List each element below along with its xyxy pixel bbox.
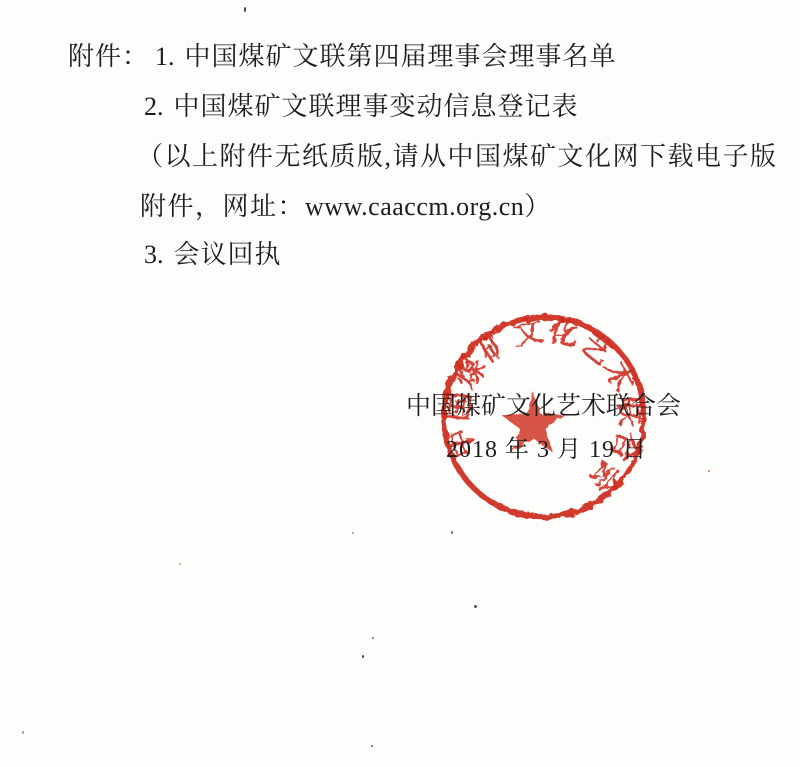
signature-date: 2018 年 3 月 19 日: [446, 429, 647, 464]
attachment-note-line-2-prefix: 附件，网址：: [140, 192, 305, 221]
attachment-item-1-number: 1.: [155, 41, 175, 73]
attachment-line-3: 3.会议回执: [144, 239, 282, 271]
attachment-note-line-2: 附件，网址：www.caaccm.org.cn）: [140, 191, 552, 223]
scan-speck: [179, 563, 181, 565]
scan-speck: [708, 470, 710, 472]
attachment-line-2: 2.中国煤矿文联理事变动信息登记表: [144, 91, 579, 123]
attachment-note-line-1: （以上附件无纸质版,请从中国煤矿文化网下载电子版: [137, 141, 778, 173]
attachment-label: 附件：: [68, 42, 149, 71]
scanned-document-page: 附件：1.中国煤矿文联第四届理事会理事名单 2.中国煤矿文联理事变动信息登记表 …: [0, 0, 800, 767]
scan-speck: [362, 655, 364, 658]
attachment-item-2-number: 2.: [144, 91, 164, 123]
scan-speck: [474, 605, 477, 608]
attachment-line-1: 附件：1.中国煤矿文联第四届理事会理事名单: [68, 41, 617, 73]
attachment-note-line-2-suffix: ）: [524, 192, 552, 221]
scan-speck: [451, 531, 453, 534]
scan-speck: [371, 745, 373, 747]
scan-speck: [372, 637, 374, 639]
signature-org: 中国煤矿文化艺术联合会: [406, 386, 681, 422]
attachment-url: www.caaccm.org.cn: [305, 192, 524, 221]
scan-speck: [22, 731, 24, 734]
attachment-item-2-text: 中国煤矿文联理事变动信息登记表: [174, 92, 579, 121]
scan-speck: [352, 532, 354, 534]
attachment-item-3-number: 3.: [144, 239, 164, 271]
attachment-item-1-text: 中国煤矿文联第四届理事会理事名单: [185, 42, 617, 71]
attachment-item-3-text: 会议回执: [174, 240, 282, 269]
scan-speck: [244, 7, 246, 12]
